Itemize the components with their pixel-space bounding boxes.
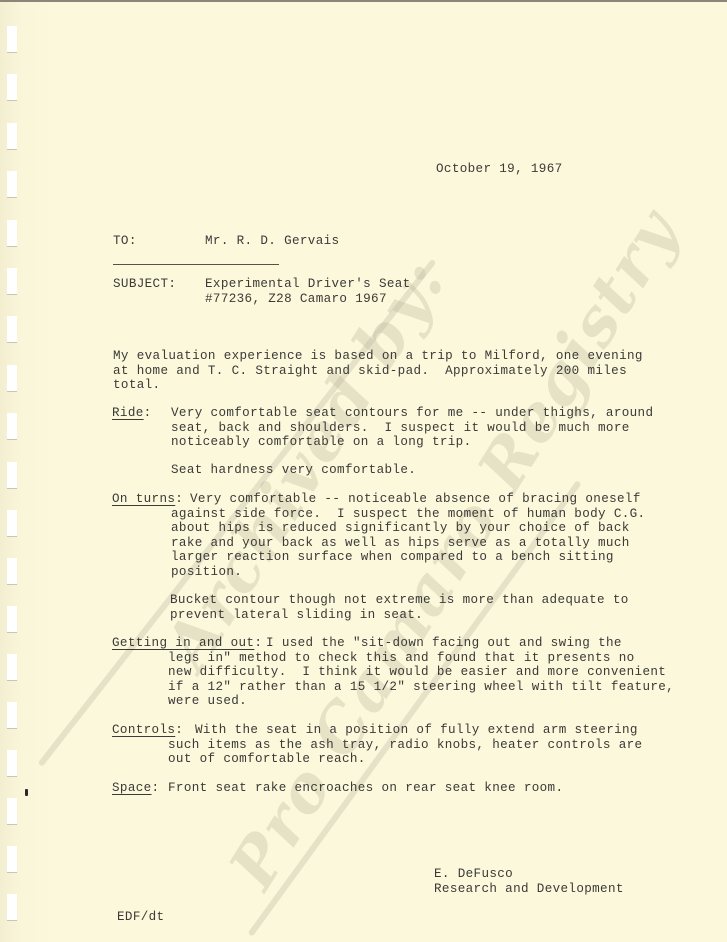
perforation-hole bbox=[7, 510, 17, 537]
section-turns-line: about hips is reduced significantly by y… bbox=[171, 521, 630, 535]
perforation-hole bbox=[7, 462, 17, 489]
perforation-hole bbox=[7, 26, 17, 53]
section-getting-in-label: Getting in and out bbox=[112, 636, 254, 650]
section-turns-line: against side force. I suspect the moment… bbox=[171, 507, 645, 521]
subject-line-2: #77236, Z28 Camaro 1967 bbox=[205, 292, 387, 306]
perforation-hole bbox=[7, 798, 17, 825]
signature-name: E. DeFusco bbox=[434, 867, 513, 881]
section-space-label: Space bbox=[112, 781, 152, 795]
section-turns-extra: Bucket contour though not extreme is mor… bbox=[170, 593, 629, 607]
perforation-hole bbox=[7, 74, 17, 101]
section-space-heading: Space: bbox=[112, 781, 159, 795]
section-getting-in-line: were used. bbox=[168, 694, 247, 708]
section-ride-label: Ride bbox=[112, 406, 144, 420]
section-getting-in-line: new difficulty. I think it would be easi… bbox=[168, 665, 666, 679]
to-recipient: Mr. R. D. Gervais bbox=[205, 234, 339, 248]
section-turns-line: position. bbox=[171, 565, 242, 579]
perforation-hole bbox=[7, 316, 17, 343]
section-ride-line: seat, back and shoulders. I suspect it w… bbox=[171, 421, 630, 435]
section-getting-in-heading: Getting in and out: bbox=[112, 636, 262, 650]
typist-initials: EDF/dt bbox=[117, 910, 164, 924]
perforation-hole bbox=[7, 171, 17, 198]
perforation-hole bbox=[7, 654, 17, 681]
section-turns-line: Very comfortable -- noticeable absence o… bbox=[190, 492, 641, 506]
section-ride-heading: Ride: bbox=[112, 406, 152, 420]
section-controls-line: With the seat in a position of fully ext… bbox=[195, 723, 638, 737]
section-ride-extra: Seat hardness very comfortable. bbox=[171, 463, 416, 477]
section-getting-in-line: legs in" method to check this and found … bbox=[168, 651, 635, 665]
section-controls-line: such items as the ash tray, radio knobs,… bbox=[168, 738, 642, 752]
perforation-hole bbox=[7, 846, 17, 873]
perforation-hole bbox=[7, 558, 17, 585]
section-turns-line: larger reaction surface when compared to… bbox=[171, 550, 614, 564]
section-ride-line: noticeably comfortable on a long trip. bbox=[171, 435, 471, 449]
perforation-hole bbox=[7, 365, 17, 392]
section-ride-line: Very comfortable seat contours for me --… bbox=[171, 406, 653, 420]
perforation-hole bbox=[7, 268, 17, 295]
section-space-line: Front seat rake encroaches on rear seat … bbox=[168, 781, 563, 795]
perforation-hole bbox=[7, 123, 17, 150]
memo-date: October 19, 1967 bbox=[436, 162, 563, 176]
perforation-strip bbox=[7, 2, 19, 942]
subject-line-1: Experimental Driver's Seat bbox=[205, 277, 411, 291]
perforation-hole bbox=[7, 750, 17, 777]
section-getting-in-line: I used the "sit-down facing out and swin… bbox=[266, 636, 622, 650]
header-divider bbox=[113, 264, 279, 265]
subject-label: SUBJECT: bbox=[113, 277, 176, 291]
intro-line: My evaluation experience is based on a t… bbox=[113, 349, 643, 363]
section-turns-extra: prevent lateral sliding in seat. bbox=[170, 608, 423, 622]
perforation-hole bbox=[7, 413, 17, 440]
section-controls-line: out of comfortable reach. bbox=[168, 752, 366, 766]
perforation-hole bbox=[7, 702, 17, 729]
to-label: TO: bbox=[113, 234, 137, 248]
section-turns-heading: On turns: bbox=[112, 492, 183, 506]
memo-page: Archived by: Pro Camaro Registry October… bbox=[0, 0, 727, 942]
ink-mark bbox=[25, 789, 28, 796]
perforation-hole bbox=[7, 220, 17, 247]
signature-department: Research and Development bbox=[434, 882, 624, 896]
section-turns-line: rake and your back as well as hips serve… bbox=[171, 536, 630, 550]
intro-line: at home and T. C. Straight and skid-pad.… bbox=[113, 364, 627, 378]
section-controls-label: Controls bbox=[112, 723, 175, 737]
intro-line: total. bbox=[113, 378, 160, 392]
section-controls-heading: Controls: bbox=[112, 723, 183, 737]
section-turns-label: On turns bbox=[112, 492, 175, 506]
perforation-hole bbox=[7, 894, 17, 921]
section-getting-in-line: if a 12" rather than a 15 1/2" steering … bbox=[168, 680, 674, 694]
perforation-hole bbox=[7, 606, 17, 633]
